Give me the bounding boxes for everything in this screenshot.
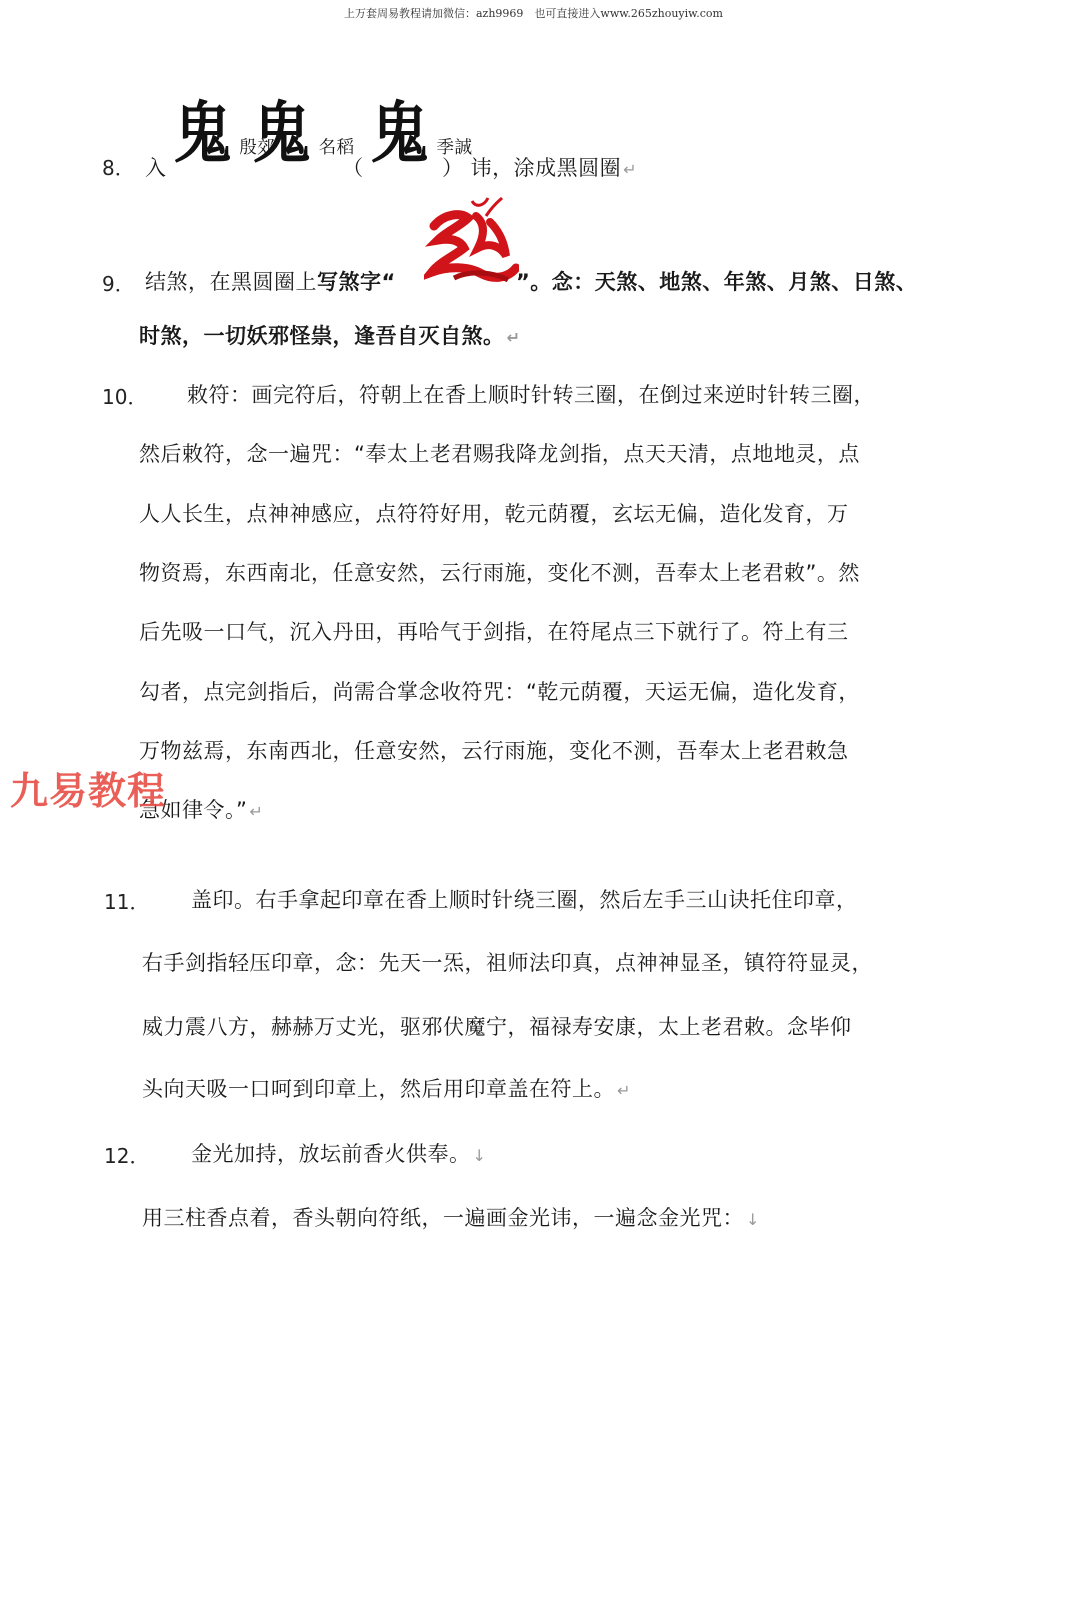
item-text: 讳，涂成黑圆圈: [471, 156, 622, 180]
talisman-glyph-3: 鬼 季誠: [371, 104, 435, 182]
item-text: 勾者，点完剑指后，尚需合掌念收符咒：“乾元荫覆，天运无偏，造化发育，: [139, 676, 860, 706]
item-text: 万物兹焉，东南西北，任意安然，云行雨施，变化不测，吾奉太上老君敕急: [139, 735, 849, 765]
red-sha-talisman-icon: [424, 196, 519, 281]
item-text: 人人长生，点神神感应，点符符好用，乾元荫覆，玄坛无偏，造化发育，万: [139, 498, 849, 528]
item-text: 用三柱香点着，香头朝向符纸，一遍画金光讳，一遍念金光咒：: [142, 1206, 744, 1230]
item-number: 10．: [102, 381, 147, 410]
item-number: 8．: [102, 152, 135, 181]
paragraph-mark-icon: ↵: [623, 160, 637, 179]
item-text: 入: [145, 152, 167, 182]
paragraph-mark-icon: ↵: [507, 328, 521, 347]
watermark-logo: 九易教程: [10, 760, 166, 815]
paragraph-mark-icon: ↵: [249, 802, 263, 821]
item-text: 物资焉，东西南北，任意安然，云行雨施，变化不测，吾奉太上老君敕”。然: [139, 557, 860, 587]
line-break-mark-icon: ↓: [473, 1146, 487, 1165]
item-text: 结煞，在黑圆圈上: [145, 270, 317, 294]
close-paren: ）: [442, 156, 464, 180]
item-text-bold: 时煞，一切妖邪怪祟，逢吾自灭自煞。: [139, 324, 505, 348]
item-text: 威力震八方，赫赫万丈光，驱邪伏魔宁，福禄寿安康，太上老君敕。念毕仰: [142, 1011, 852, 1041]
item-text-bold: 写煞字“: [317, 270, 396, 294]
item-number: 11．: [104, 886, 149, 915]
item-number: 9．: [102, 268, 135, 297]
item-text: 右手剑指轻压印章，念：先天一炁，祖师法印真，点神神显圣，镇符符显灵，: [142, 947, 873, 977]
item-text: 敕符：画完符后，符朝上在香上顺时针转三圈，在倒过来逆时针转三圈，: [187, 379, 875, 409]
item-text: 盖印。右手拿起印章在香上顺时针绕三圈，然后左手三山诀托住印章，: [191, 884, 858, 914]
paragraph-mark-icon: ↵: [617, 1081, 631, 1100]
item-text: 后先吸一口气，沉入丹田，再哈气于剑指，在符尾点三下就行了。符上有三: [139, 616, 849, 646]
item-text: 头向天吸一口呵到印章上，然后用印章盖在符上。: [142, 1077, 615, 1101]
item-number: 12．: [104, 1140, 149, 1169]
page-header-banner: 上万套周易教程请加微信：azh9969 也可直接进入www.265zhouyiw…: [0, 5, 1067, 21]
item-text: 然后敕符，念一遍咒：“奉太上老君赐我降龙剑指，点天天清，点地地灵，点: [139, 438, 860, 468]
line-break-mark-icon: ↓: [746, 1210, 760, 1229]
item-text-bold: ”。念：天煞、地煞、年煞、月煞、日煞、: [516, 270, 917, 294]
item-text: 金光加持，放坛前香火供奉。: [191, 1142, 471, 1166]
talisman-glyph-2: 鬼 名稻: [253, 104, 335, 182]
talisman-glyph-1: 鬼 殷郊: [174, 104, 246, 182]
